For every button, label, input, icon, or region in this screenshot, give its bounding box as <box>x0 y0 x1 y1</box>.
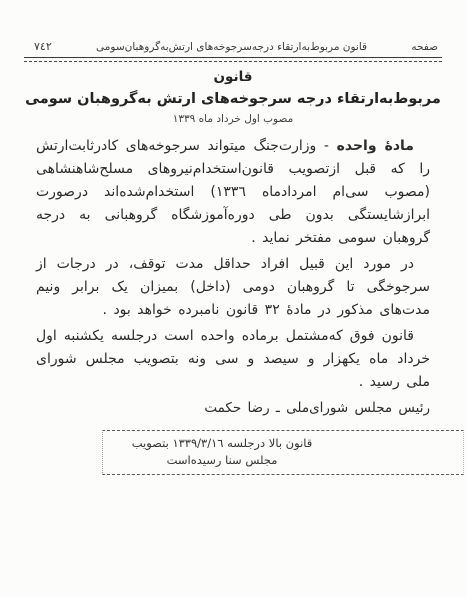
law-body: مادهٔ واحده - وزارت‌جنگ میتواند سرجوخه‌ه… <box>36 135 430 420</box>
header-rule-dashed <box>24 61 442 62</box>
law-title-block: قانون مربوط‌به‌ارتقاء درجه سرجوخه‌های ار… <box>0 69 466 125</box>
paragraph-ratification: قانون فوق که‌مشتمل برماده واحده است درجل… <box>36 325 430 394</box>
header-page-number: ٧٤٢ <box>34 40 52 53</box>
header-page-label: صفحه <box>411 41 438 53</box>
senate-note-line2: مجلس سنا رسیده‌است <box>103 452 341 469</box>
paragraph-minimum-duration: در مورد این قبیل افراد حداقل مدت توقف، د… <box>36 253 430 322</box>
signature-line: رئیس مجلس شورای‌ملی ـ رضا حکمت <box>36 397 430 420</box>
article-lead-label: مادهٔ واحده <box>337 138 414 154</box>
law-approval-date: مصوب اول خرداد ماه ١٣٣٩ <box>0 113 466 125</box>
article-text: - وزارت‌جنگ میتواند سرجوخه‌های کادرثابت‌… <box>36 138 430 246</box>
page-header: صفحه قانون مربوط‌به‌ارتقاء درجه‌سرجوخه‌ه… <box>0 0 466 53</box>
law-title: مربوط‌به‌ارتقاء درجه سرجوخه‌های ارتش به‌… <box>0 91 466 107</box>
senate-approval-box: قانون بالا درجلسه ١٣٣٩/٣/١٦ بتصویب مجلس … <box>102 430 464 475</box>
article-single-paragraph: مادهٔ واحده - وزارت‌جنگ میتواند سرجوخه‌ه… <box>36 135 430 250</box>
header-running-title: قانون مربوط‌به‌ارتقاء درجه‌سرجوخه‌های ار… <box>96 41 367 53</box>
senate-note-line1: قانون بالا درجلسه ١٣٣٩/٣/١٦ بتصویب <box>103 435 341 452</box>
header-rule-solid <box>24 57 442 58</box>
law-kicker: قانون <box>0 69 466 85</box>
document-page: صفحه قانون مربوط‌به‌ارتقاء درجه‌سرجوخه‌ه… <box>0 0 466 598</box>
senate-note: قانون بالا درجلسه ١٣٣٩/٣/١٦ بتصویب مجلس … <box>103 435 341 469</box>
